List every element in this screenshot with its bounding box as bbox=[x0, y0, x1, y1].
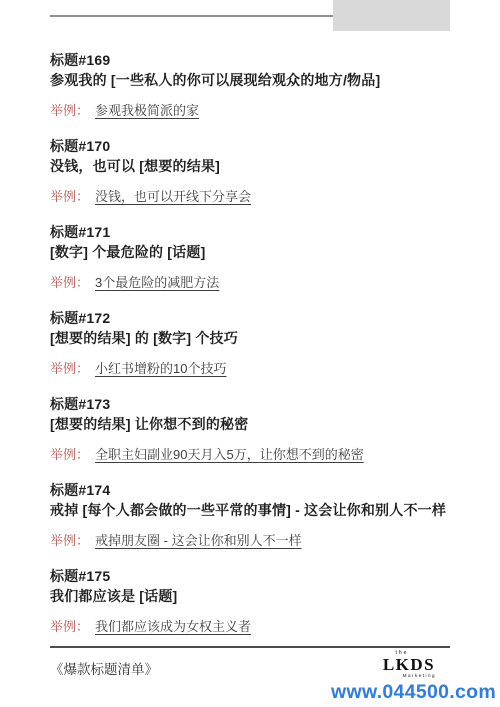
title-list: 标题#169 参观我的 [一些私人的你可以展现给观众的地方/物品] 举例：参观我… bbox=[50, 50, 450, 652]
example-label: 举例： bbox=[50, 533, 89, 548]
top-divider-rule bbox=[50, 15, 333, 17]
logo-main-text: LKDS bbox=[380, 656, 438, 673]
section-number: 标题#174 bbox=[50, 480, 450, 500]
example-text: 参观我极简派的家 bbox=[95, 103, 199, 118]
example-text: 3个最危险的减肥方法 bbox=[95, 275, 219, 290]
example-row: 举例：全职主妇副业90天月入5万，让你想不到的秘密 bbox=[50, 446, 450, 464]
example-text: 我们都应该成为女权主义者 bbox=[95, 619, 251, 634]
lkds-logo: the LKDS Marketing bbox=[380, 651, 438, 679]
document-page: 标题#169 参观我的 [一些私人的你可以展现给观众的地方/物品] 举例：参观我… bbox=[0, 0, 500, 707]
title-section: 标题#173 [想要的结果] 让你想不到的秘密 举例：全职主妇副业90天月入5万… bbox=[50, 394, 450, 464]
title-template: 戒掉 [每个人都会做的一些平常的事情] - 这会让你和别人不一样 bbox=[50, 500, 450, 520]
example-row: 举例：小红书增粉的10个技巧 bbox=[50, 360, 450, 378]
example-label: 举例： bbox=[50, 189, 89, 204]
title-template: [想要的结果] 的 [数字] 个技巧 bbox=[50, 328, 450, 348]
example-row: 举例：参观我极简派的家 bbox=[50, 102, 450, 120]
title-section: 标题#175 我们都应该是 [话题] 举例：我们都应该成为女权主义者 bbox=[50, 566, 450, 636]
title-template: [想要的结果] 让你想不到的秘密 bbox=[50, 414, 450, 434]
example-row: 举例：没钱，也可以开线下分享会 bbox=[50, 188, 450, 206]
title-section: 标题#170 没钱，也可以 [想要的结果] 举例：没钱，也可以开线下分享会 bbox=[50, 136, 450, 206]
example-row: 举例：我们都应该成为女权主义者 bbox=[50, 618, 450, 636]
section-number: 标题#169 bbox=[50, 50, 450, 70]
booklet-title: 《爆款标题清单》 bbox=[50, 658, 158, 678]
title-template: 没钱，也可以 [想要的结果] bbox=[50, 156, 450, 176]
title-template: 参观我的 [一些私人的你可以展现给观众的地方/物品] bbox=[50, 70, 450, 90]
section-number: 标题#175 bbox=[50, 566, 450, 586]
section-number: 标题#171 bbox=[50, 222, 450, 242]
title-section: 标题#172 [想要的结果] 的 [数字] 个技巧 举例：小红书增粉的10个技巧 bbox=[50, 308, 450, 378]
example-row: 举例：3个最危险的减肥方法 bbox=[50, 274, 450, 292]
example-label: 举例： bbox=[50, 361, 89, 376]
title-section: 标题#169 参观我的 [一些私人的你可以展现给观众的地方/物品] 举例：参观我… bbox=[50, 50, 450, 120]
example-label: 举例： bbox=[50, 619, 89, 634]
example-row: 举例：戒掉朋友圈 - 这会让你和别人不一样 bbox=[50, 532, 450, 550]
example-label: 举例： bbox=[50, 275, 89, 290]
example-text: 没钱，也可以开线下分享会 bbox=[95, 189, 251, 204]
section-number: 标题#173 bbox=[50, 394, 450, 414]
title-template: [数字] 个最危险的 [话题] bbox=[50, 242, 450, 262]
example-text: 小红书增粉的10个技巧 bbox=[95, 361, 226, 376]
example-label: 举例： bbox=[50, 103, 89, 118]
title-section: 标题#171 [数字] 个最危险的 [话题] 举例：3个最危险的减肥方法 bbox=[50, 222, 450, 292]
title-section: 标题#174 戒掉 [每个人都会做的一些平常的事情] - 这会让你和别人不一样 … bbox=[50, 480, 450, 550]
section-number: 标题#172 bbox=[50, 308, 450, 328]
example-text: 戒掉朋友圈 - 这会让你和别人不一样 bbox=[95, 533, 302, 548]
website-url[interactable]: www.044500.com bbox=[331, 681, 496, 704]
example-label: 举例： bbox=[50, 447, 89, 462]
header-gray-box bbox=[333, 0, 450, 31]
footer-divider-rule bbox=[50, 646, 450, 648]
example-text: 全职主妇副业90天月入5万，让你想不到的秘密 bbox=[95, 447, 364, 462]
section-number: 标题#170 bbox=[50, 136, 450, 156]
title-template: 我们都应该是 [话题] bbox=[50, 586, 450, 606]
